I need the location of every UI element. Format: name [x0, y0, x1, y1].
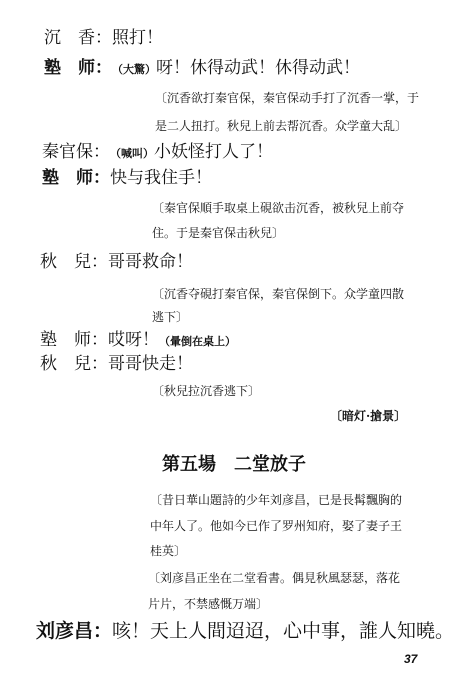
speaker-name: 秦官保： [42, 144, 110, 161]
aside-text: （暈倒在桌上） [159, 335, 236, 348]
speaker-name: 塾 师： [44, 60, 112, 77]
speaker-name: 秋 兒： [40, 356, 108, 373]
stage-direction-line: 桂英〕 [150, 545, 186, 557]
speaker-name: 刘彦昌： [36, 620, 112, 642]
aside-text: （大驚） [112, 63, 156, 76]
dialogue-line: 塾 师：（大驚）呀！休得动武！休得动武！ [44, 60, 360, 77]
stage-direction-line: 中年人了。他如今已作了罗州知府，娶了妻子王 [150, 520, 402, 532]
stage-direction-line: 片片，不禁感慨万端〕 [148, 598, 268, 610]
dialogue-line: 塾 师：哎呀！（暈倒在桌上） [40, 332, 236, 349]
speaker-name: 秋 兒： [40, 254, 108, 271]
speech-text: 快与我住手！ [110, 168, 212, 188]
speech-text: 咳！天上人間迢迢，心中事，誰人知曉。 [112, 620, 454, 642]
stage-direction-line: 〔秦官保順手取桌上硯欲击沉香，被秋兒上前夺 [152, 202, 404, 214]
dialogue-line: 秋 兒：哥哥快走！ [40, 356, 193, 373]
scene-end-direction: 〔暗灯·搶景〕 [330, 410, 406, 422]
speech-text: 照打！ [112, 28, 163, 48]
dialogue-line: 刘彦昌：咳！天上人間迢迢，心中事，誰人知曉。 [36, 622, 454, 641]
dialogue-line: 塾 师：快与我住手！ [42, 170, 212, 187]
speaker-name: 塾 师： [42, 170, 110, 187]
speaker-name: 沉 香： [44, 30, 112, 47]
speech-text: 哥哥救命！ [108, 252, 193, 272]
stage-direction-line: 〔昔日華山題詩的少年刘彦昌，已是長髯飄胸的 [150, 494, 402, 506]
speaker-name: 塾 师： [40, 332, 108, 349]
stage-direction-line: 是二人扭打。秋兒上前去帮沉香。众学童大乱〕 [155, 120, 407, 132]
speech-text: 哥哥快走！ [108, 354, 193, 374]
speech-text: 小妖怪打人了！ [154, 142, 273, 162]
dialogue-line: 秦官保：（喊叫）小妖怪打人了！ [42, 144, 273, 161]
scene-title: 第五場 二堂放子 [162, 456, 306, 474]
stage-direction-line: 〔沉香夺硯打秦官保，秦官保倒下。众学童四散 [152, 288, 404, 300]
stage-direction-line: 〔刘彦昌正坐在二堂看書。偶見秋風瑟瑟，落花 [148, 572, 400, 584]
speech-text: 哎呀！ [108, 330, 159, 350]
dialogue-line: 沉 香：照打！ [44, 30, 163, 47]
dialogue-line: 秋 兒：哥哥救命！ [40, 254, 193, 271]
book-page: 沉 香：照打！ 塾 师：（大驚）呀！休得动武！休得动武！ 〔沉香欲打秦官保，秦官… [0, 0, 472, 690]
aside-text: （喊叫） [110, 147, 154, 160]
stage-direction-line: 〔秋兒拉沉香逃下〕 [152, 385, 260, 397]
speech-text: 呀！休得动武！休得动武！ [156, 58, 360, 78]
stage-direction-line: 住。于是秦官保击秋兒〕 [152, 227, 284, 239]
page-number: 37 [404, 652, 417, 666]
stage-direction-line: 逃下〕 [152, 311, 188, 323]
stage-direction-line: 〔沉香欲打秦官保，秦官保动手打了沉香一掌，于 [155, 92, 419, 104]
